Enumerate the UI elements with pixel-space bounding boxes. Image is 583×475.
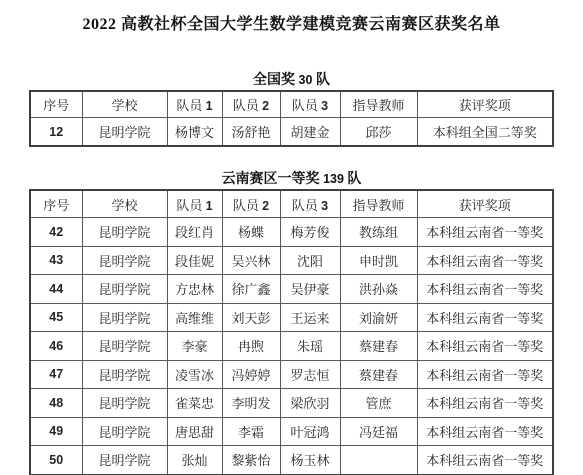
column-header: 队员 2 (222, 91, 280, 118)
yunnan-first-prize-table: 序号学校队员 1队员 2队员 3指导教师获评奖项42昆明学院段红肖杨蝶梅芳俊教练… (29, 189, 554, 475)
table-cell: 王运来 (280, 303, 340, 332)
sequence-cell: 46 (30, 332, 82, 361)
table-cell: 本科组云南省一等奖 (417, 417, 553, 446)
table-cell: 沈阳 (280, 246, 340, 275)
table-cell: 本科组云南省一等奖 (417, 303, 553, 332)
table-cell: 杨博文 (167, 118, 222, 147)
numeric-text: 139 (323, 172, 344, 186)
table-cell: 唐思甜 (167, 417, 222, 446)
table-cell: 本科组云南省一等奖 (417, 389, 553, 418)
table-cell: 申时凯 (340, 246, 417, 275)
table-cell: 昆明学院 (82, 303, 167, 332)
table-cell: 吴伊豪 (280, 275, 340, 304)
table-cell: 李豪 (167, 332, 222, 361)
national-award-section-title: 全国奖 30 队 (0, 72, 583, 89)
sequence-cell: 50 (30, 446, 82, 475)
sequence-cell: 45 (30, 303, 82, 332)
header-row: 序号学校队员 1队员 2队员 3指导教师获评奖项 (30, 190, 553, 218)
table-cell: 李霜 (222, 417, 280, 446)
national-award-table: 序号学校队员 1队员 2队员 3指导教师获评奖项12昆明学院杨博文汤舒艳胡建金邱… (29, 90, 554, 147)
table-cell: 凌雪冰 (167, 360, 222, 389)
table-cell: 本科组云南省一等奖 (417, 275, 553, 304)
table-cell: 昆明学院 (82, 275, 167, 304)
table-cell: 冉煦 (222, 332, 280, 361)
column-header: 学校 (82, 190, 167, 218)
table-row: 48昆明学院雀菜忠李明发梁欣羽管庶本科组云南省一等奖 (30, 389, 553, 418)
column-header: 队员 1 (167, 190, 222, 218)
table-cell: 杨蝶 (222, 218, 280, 247)
sequence-cell: 12 (30, 118, 82, 147)
sequence-cell: 44 (30, 275, 82, 304)
table-cell: 冯廷福 (340, 417, 417, 446)
column-header: 学校 (82, 91, 167, 118)
numeric-text: 1 (206, 199, 213, 213)
table-row: 43昆明学院段佳妮吴兴林沈阳申时凯本科组云南省一等奖 (30, 246, 553, 275)
table-cell: 本科组云南省一等奖 (417, 246, 553, 275)
national-award-section: 全国奖 30 队 序号学校队员 1队员 2队员 3指导教师获评奖项12昆明学院杨… (0, 72, 583, 147)
numeric-text: 2 (262, 199, 269, 213)
column-header: 序号 (30, 91, 82, 118)
table-cell: 昆明学院 (82, 417, 167, 446)
column-header: 队员 3 (280, 190, 340, 218)
table-cell: 朱瑶 (280, 332, 340, 361)
table-cell: 李明发 (222, 389, 280, 418)
table-cell: 吴兴林 (222, 246, 280, 275)
table-cell: 管庶 (340, 389, 417, 418)
table-row: 50昆明学院张灿黎紫怡杨玉林本科组云南省一等奖 (30, 446, 553, 475)
table-cell: 杨玉林 (280, 446, 340, 475)
table-cell: 昆明学院 (82, 446, 167, 475)
document-page: 2022 高教社杯全国大学生数学建模竞赛云南赛区获奖名单 全国奖 30 队 序号… (0, 0, 583, 475)
table-row: 45昆明学院高维维刘天彭王运来刘渝妍本科组云南省一等奖 (30, 303, 553, 332)
table-cell: 刘渝妍 (340, 303, 417, 332)
column-header: 队员 3 (280, 91, 340, 118)
table-cell: 冯婷婷 (222, 360, 280, 389)
page-title: 2022 高教社杯全国大学生数学建模竞赛云南赛区获奖名单 (0, 0, 583, 34)
column-header: 指导教师 (340, 91, 417, 118)
table-cell (340, 446, 417, 475)
table-cell: 胡建金 (280, 118, 340, 147)
numeric-text: 3 (321, 199, 328, 213)
sequence-cell: 49 (30, 417, 82, 446)
table-cell: 本科组全国二等奖 (417, 118, 553, 147)
table-cell: 梁欣羽 (280, 389, 340, 418)
table-row: 44昆明学院方忠林徐广鑫吴伊豪洪孙焱本科组云南省一等奖 (30, 275, 553, 304)
table-cell: 刘天彭 (222, 303, 280, 332)
numeric-text: 3 (321, 99, 328, 113)
sequence-cell: 42 (30, 218, 82, 247)
column-header: 队员 1 (167, 91, 222, 118)
yunnan-first-prize-section-title: 云南赛区一等奖 139 队 (0, 171, 583, 188)
header-row: 序号学校队员 1队员 2队员 3指导教师获评奖项 (30, 91, 553, 118)
table-cell: 昆明学院 (82, 246, 167, 275)
table-cell: 雀菜忠 (167, 389, 222, 418)
table-cell: 昆明学院 (82, 389, 167, 418)
table-cell: 张灿 (167, 446, 222, 475)
table-row: 42昆明学院段红肖杨蝶梅芳俊教练组本科组云南省一等奖 (30, 218, 553, 247)
table-cell: 方忠林 (167, 275, 222, 304)
table-cell: 昆明学院 (82, 118, 167, 147)
table-cell: 高维维 (167, 303, 222, 332)
table-row: 12昆明学院杨博文汤舒艳胡建金邱莎本科组全国二等奖 (30, 118, 553, 147)
table-cell: 叶冠鸿 (280, 417, 340, 446)
numeric-text: 30 (299, 73, 313, 87)
table-cell: 教练组 (340, 218, 417, 247)
table-row: 49昆明学院唐思甜李霜叶冠鸿冯廷福本科组云南省一等奖 (30, 417, 553, 446)
table-cell: 本科组云南省一等奖 (417, 218, 553, 247)
table-cell: 罗志恒 (280, 360, 340, 389)
column-header: 队员 2 (222, 190, 280, 218)
column-header: 指导教师 (340, 190, 417, 218)
table-cell: 徐广鑫 (222, 275, 280, 304)
numeric-text: 2 (262, 99, 269, 113)
sequence-cell: 43 (30, 246, 82, 275)
table-row: 47昆明学院凌雪冰冯婷婷罗志恒蔡建春本科组云南省一等奖 (30, 360, 553, 389)
table-cell: 昆明学院 (82, 218, 167, 247)
table-cell: 汤舒艳 (222, 118, 280, 147)
table-cell: 本科组云南省一等奖 (417, 360, 553, 389)
sequence-cell: 47 (30, 360, 82, 389)
table-cell: 蔡建春 (340, 332, 417, 361)
column-header: 获评奖项 (417, 91, 553, 118)
table-cell: 蔡建春 (340, 360, 417, 389)
column-header: 序号 (30, 190, 82, 218)
table-cell: 段佳妮 (167, 246, 222, 275)
column-header: 获评奖项 (417, 190, 553, 218)
table-cell: 昆明学院 (82, 332, 167, 361)
table-cell: 段红肖 (167, 218, 222, 247)
table-cell: 本科组云南省一等奖 (417, 332, 553, 361)
sequence-cell: 48 (30, 389, 82, 418)
table-cell: 本科组云南省一等奖 (417, 446, 553, 475)
table-cell: 黎紫怡 (222, 446, 280, 475)
yunnan-first-prize-section: 云南赛区一等奖 139 队 序号学校队员 1队员 2队员 3指导教师获评奖项42… (0, 171, 583, 475)
table-cell: 昆明学院 (82, 360, 167, 389)
table-cell: 邱莎 (340, 118, 417, 147)
table-row: 46昆明学院李豪冉煦朱瑶蔡建春本科组云南省一等奖 (30, 332, 553, 361)
table-cell: 梅芳俊 (280, 218, 340, 247)
numeric-text: 1 (206, 99, 213, 113)
table-cell: 洪孙焱 (340, 275, 417, 304)
